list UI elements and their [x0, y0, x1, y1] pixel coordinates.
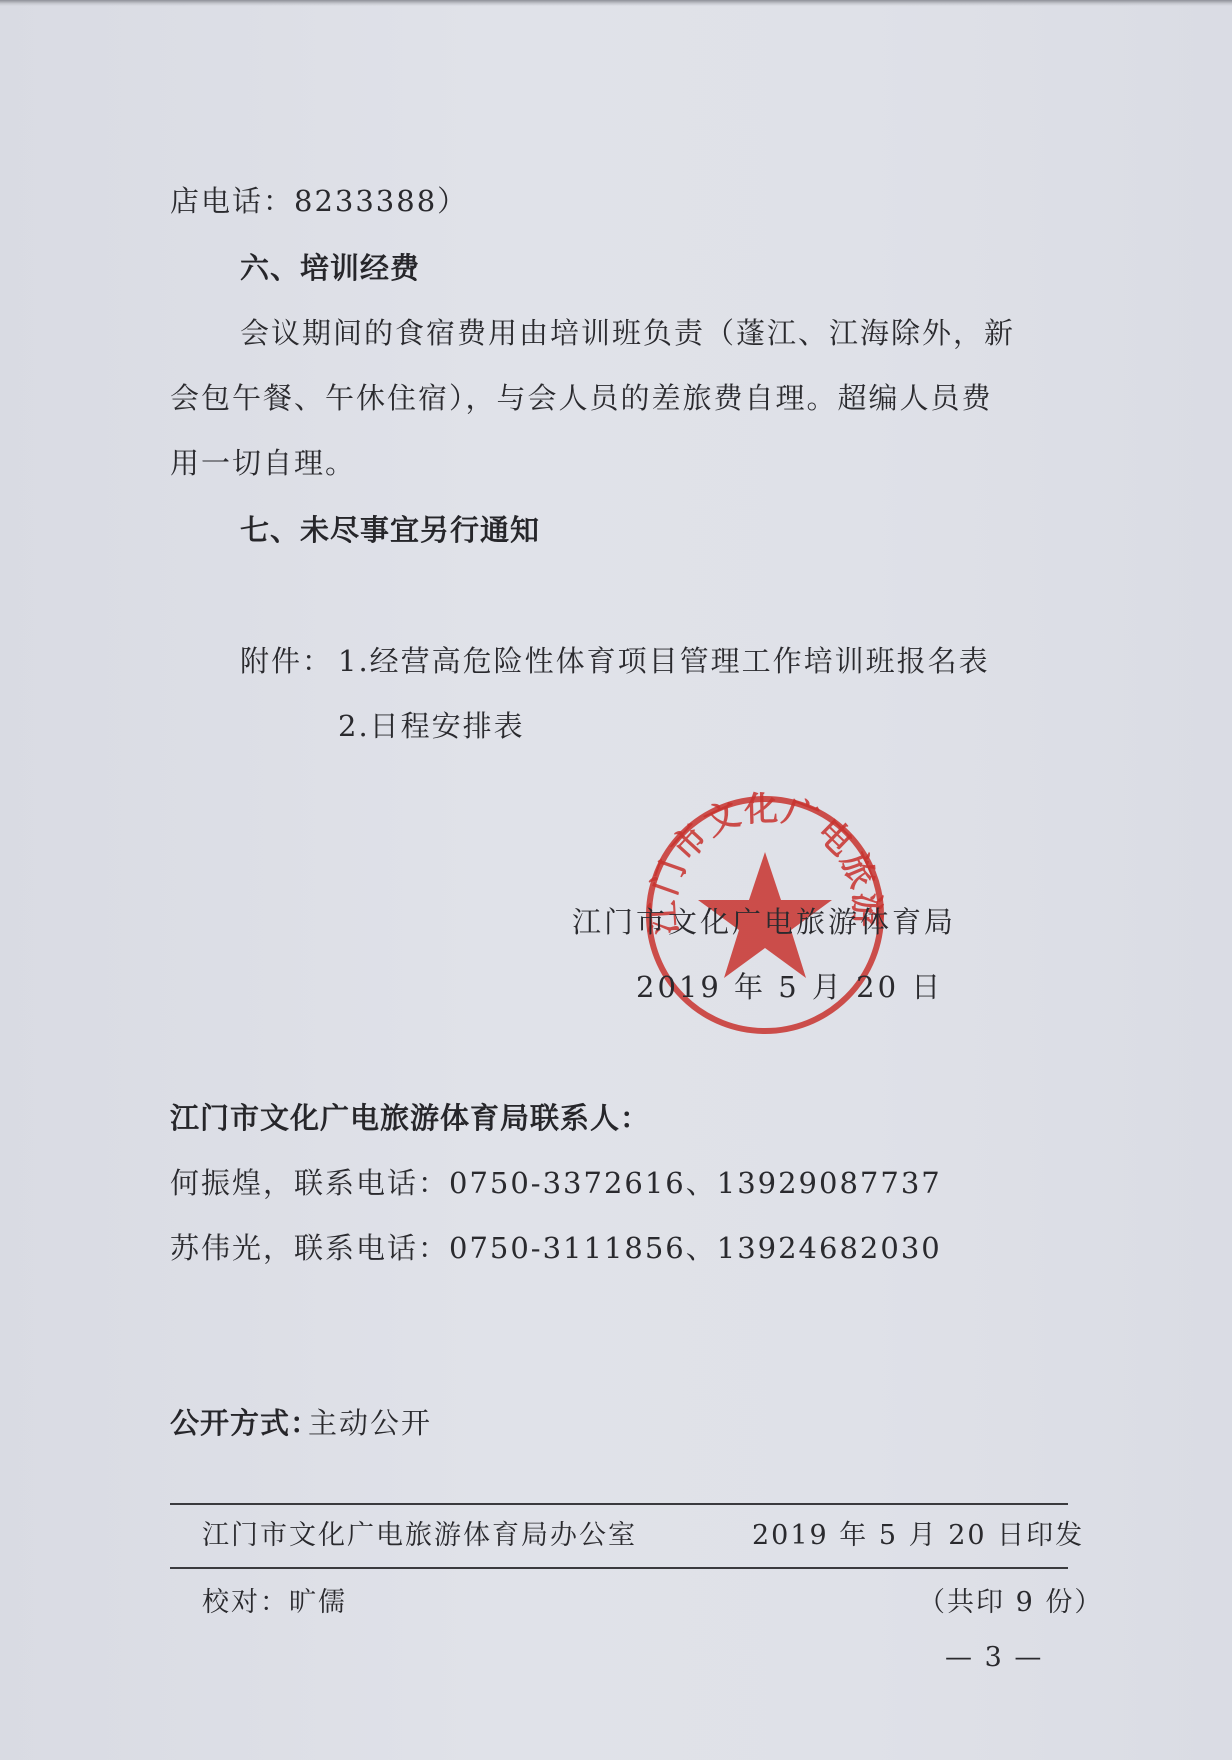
attachment-item-1: 1.经营高危险性体育项目管理工作培训班报名表 [338, 643, 990, 679]
section-6-paragraph-line-1: 会议期间的食宿费用由培训班负责（蓬江、江海除外，新 [240, 315, 1015, 351]
contacts-heading: 江门市文化广电旅游体育局联系人： [170, 1100, 650, 1136]
page-number: — 3 — [945, 1640, 1043, 1676]
section-6-heading: 六、培训经费 [240, 250, 420, 286]
contact-line-1: 何振煌，联系电话：0750-3372616、13929087737 [170, 1165, 942, 1201]
section-6-paragraph-line-3: 用一切自理。 [170, 445, 356, 481]
continued-text-line: 店电话：8233388） [170, 183, 468, 219]
signature-date: 2019 年 5 月 20 日 [636, 965, 943, 1006]
footer-bottom-rule [170, 1567, 1068, 1569]
footer-proofreader: 校对：旷儒 [202, 1585, 347, 1621]
footer-issuer: 江门市文化广电旅游体育局办公室 [202, 1518, 637, 1554]
signature-organization: 江门市文化广电旅游体育局 [572, 900, 956, 941]
footer-issue-date: 2019 年 5 月 20 日印发 [752, 1518, 1084, 1554]
footer-copies: （共印 9 份） [918, 1585, 1103, 1621]
section-7-heading: 七、未尽事宜另行通知 [240, 512, 540, 548]
section-6-paragraph-line-2: 会包午餐、午休住宿），与会人员的差旅费自理。超编人员费 [170, 380, 993, 416]
document-page: 店电话：8233388） 六、培训经费 会议期间的食宿费用由培训班负责（蓬江、江… [0, 0, 1232, 1760]
attachment-item-2: 2.日程安排表 [338, 708, 525, 744]
contact-line-2: 苏伟光，联系电话：0750-3111856、13924682030 [170, 1230, 942, 1266]
footer-top-rule [170, 1503, 1068, 1505]
disclosure-label: 公开方式： [170, 1405, 320, 1441]
disclosure-value: 主动公开 [308, 1405, 432, 1441]
attachments-label: 附件： [240, 643, 333, 679]
scan-edge [0, 0, 1232, 6]
